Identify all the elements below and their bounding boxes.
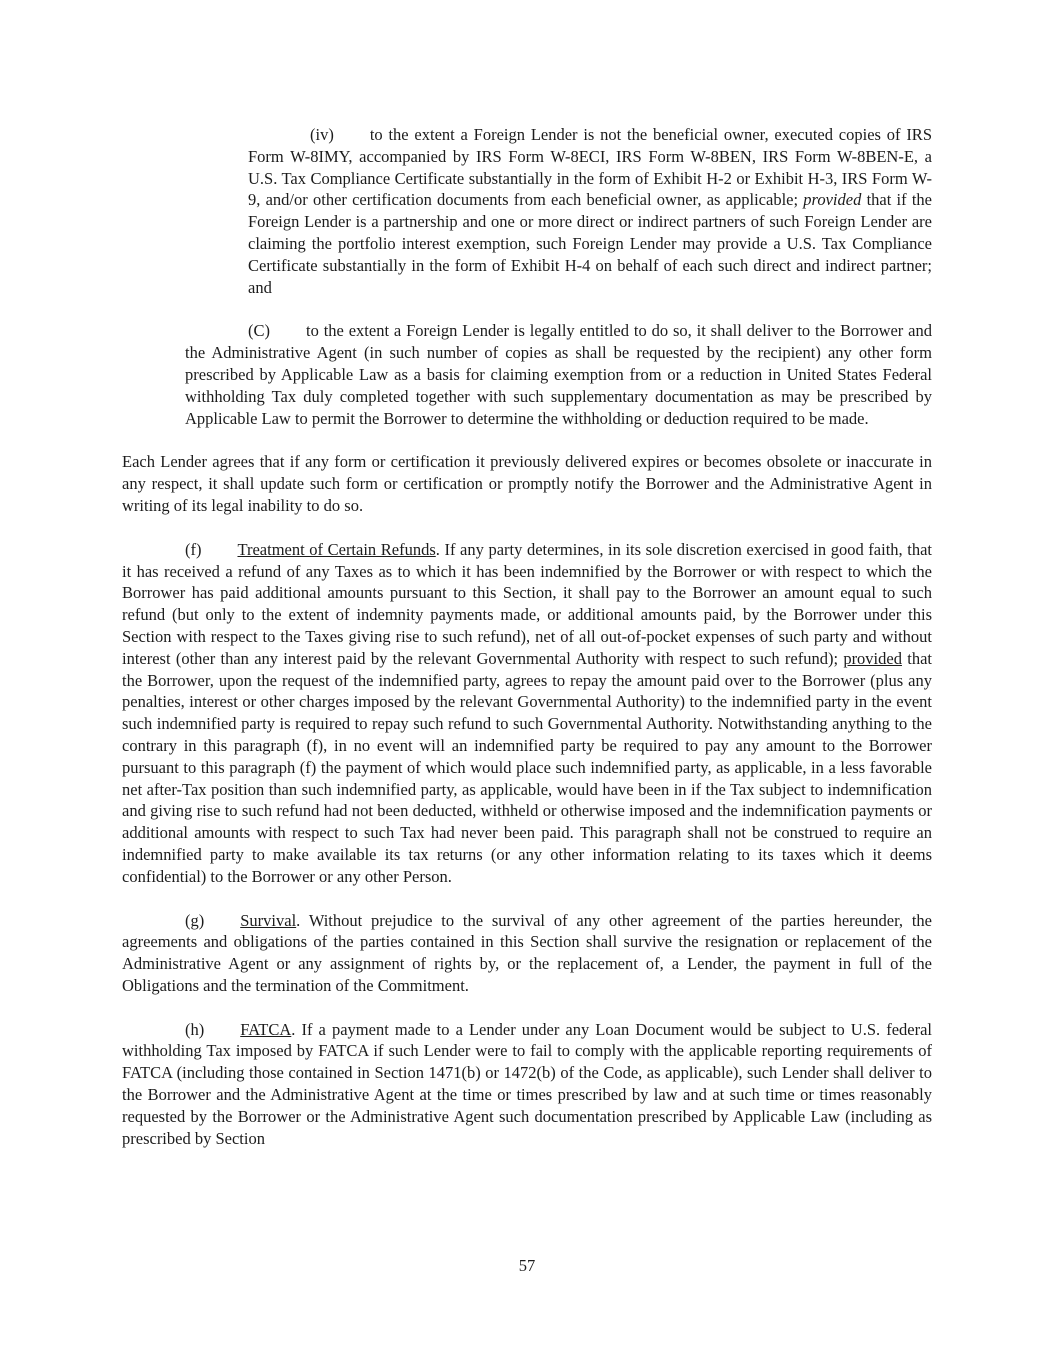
text-run: Each Lender agrees that if any form or c… (122, 452, 932, 515)
clause-label: (h) (185, 1020, 204, 1039)
paragraph-clause-h: (h)FATCA. If a payment made to a Lender … (122, 1019, 932, 1150)
section-heading-underlined: FATCA (240, 1020, 291, 1039)
paragraph-clause-C: (C)to the extent a Foreign Lender is leg… (185, 320, 932, 429)
document-page: (iv)to the extent a Foreign Lender is no… (0, 0, 1055, 1365)
section-heading-underlined: Survival (240, 911, 296, 930)
text-run-italic: provided (803, 190, 861, 209)
section-heading-underlined: Treatment of Certain Refunds (237, 540, 435, 559)
text-run-underlined: provided (843, 649, 902, 668)
clause-label: (iv) (310, 125, 334, 144)
paragraph-clause-f: (f)Treatment of Certain Refunds. If any … (122, 539, 932, 888)
paragraph-each-lender: Each Lender agrees that if any form or c… (122, 451, 932, 516)
clause-label: (f) (185, 540, 201, 559)
paragraph-clause-iv: (iv)to the extent a Foreign Lender is no… (248, 124, 932, 298)
text-run: to the extent a Foreign Lender is legall… (185, 321, 932, 427)
page-number: 57 (122, 1256, 932, 1276)
paragraph-clause-g: (g)Survival. Without prejudice to the su… (122, 910, 932, 997)
clause-label: (C) (248, 321, 270, 340)
clause-label: (g) (185, 911, 204, 930)
document-body: (iv)to the extent a Foreign Lender is no… (122, 124, 932, 1149)
text-run: that the Borrower, upon the request of t… (122, 649, 932, 886)
